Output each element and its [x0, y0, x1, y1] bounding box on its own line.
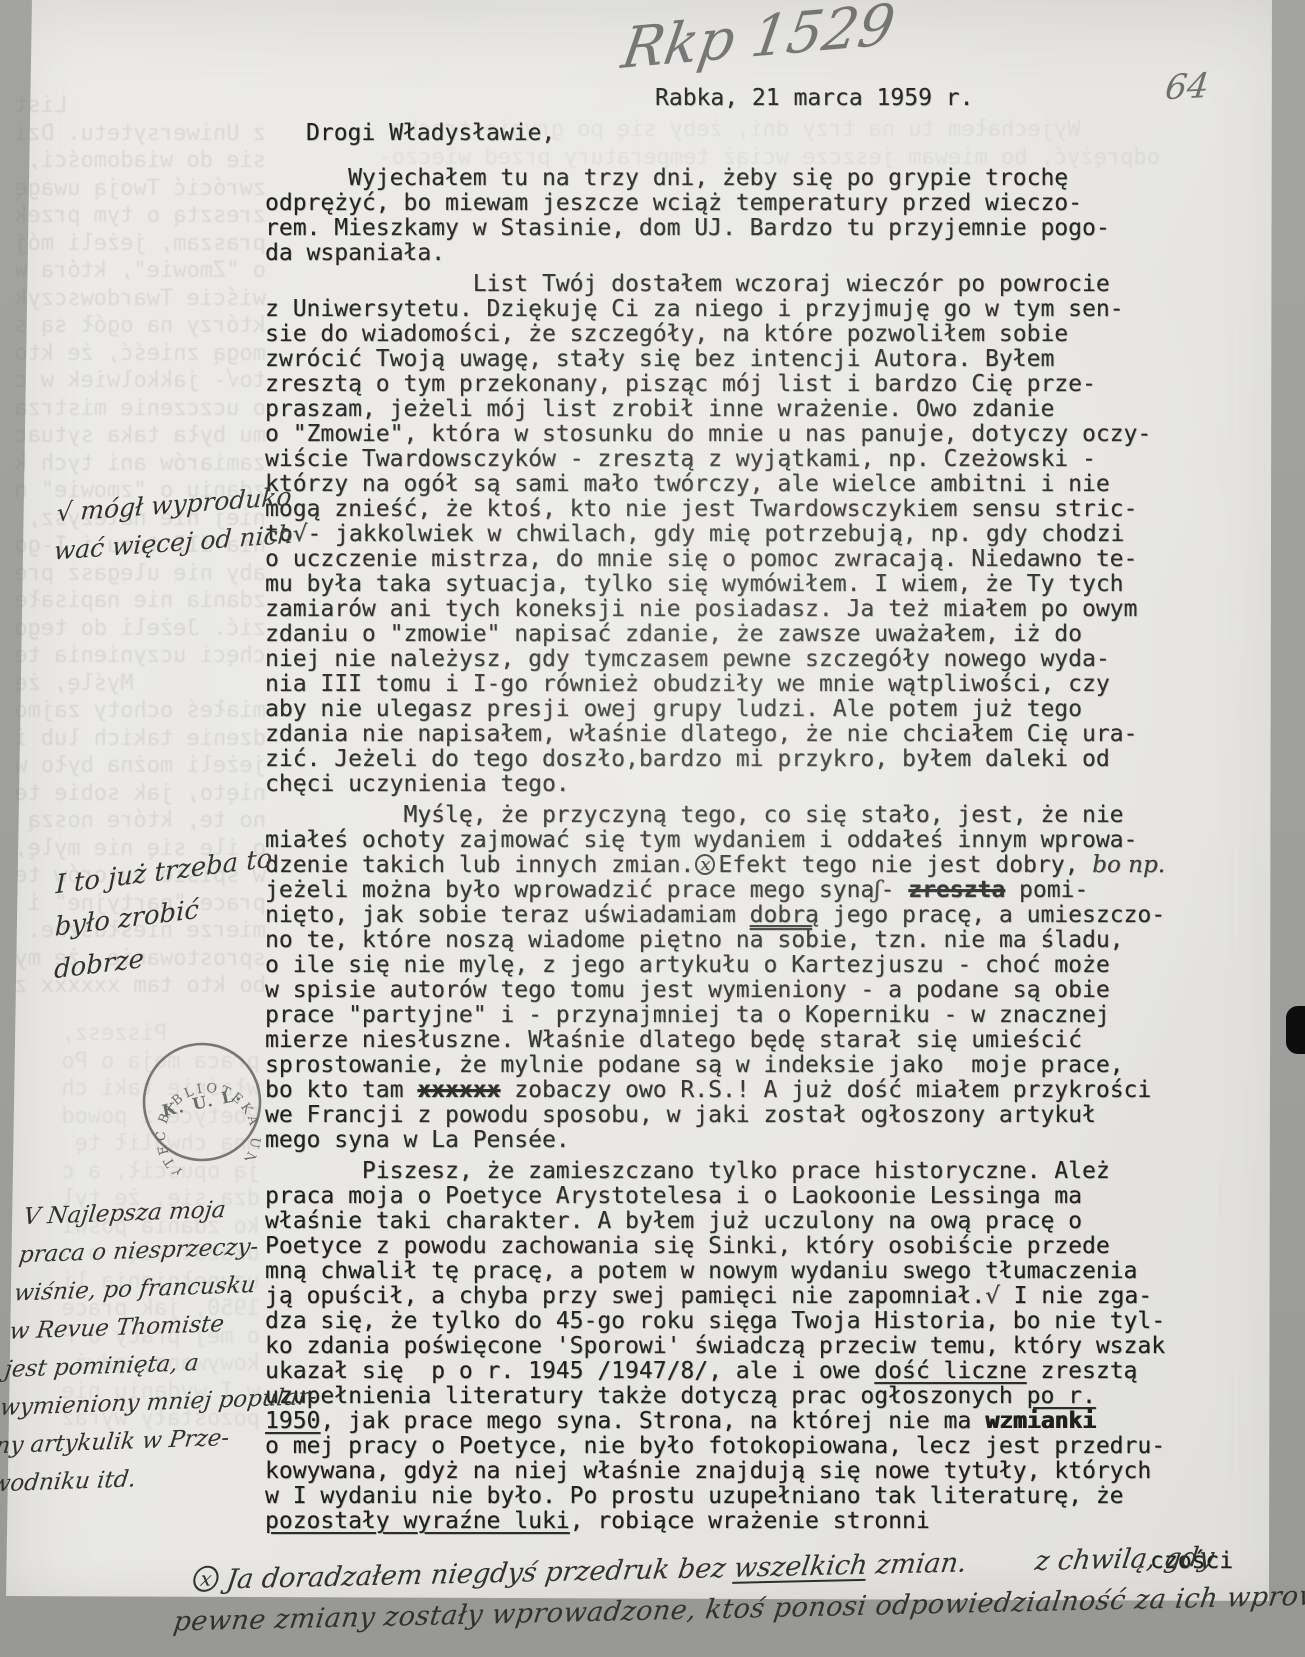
typed-line: mną chwalił tę pracę, a potem w nowym wy… [265, 1259, 1195, 1284]
typed-text: aby nie ulegasz presji owej grupy ludzi.… [265, 696, 1082, 722]
typed-line: Poetyce z powodu zachowania się Sinki, k… [265, 1234, 1195, 1259]
typed-line: zresztą o tym przekonany, pisząc mój lis… [265, 372, 1195, 397]
typed-text: niej nie należysz, gdy tymczasem pewne s… [265, 646, 1110, 672]
typed-text: zamiarów ani tych koneksji nie posiadasz… [265, 596, 1137, 622]
salutation: Drogi Władysławie, [306, 121, 555, 146]
typed-line: mogą znieść, że ktoś, kto nie jest Tward… [265, 497, 1195, 522]
typed-text: zreszta [908, 877, 1005, 903]
typed-line: kowywana, gdyż na niej właśnie znajdują … [265, 1459, 1195, 1484]
typed-line: rem. Mieszkamy w Stasinie, dom UJ. Bardz… [265, 216, 1195, 241]
typed-text: ją opuścił, a chyba przy swej pamięci ni… [265, 1283, 985, 1309]
typed-line: wiście Twardowsczyków - zresztą z wyjątk… [265, 447, 1195, 472]
typed-line: zamiarów ani tych koneksji nie posiadasz… [265, 597, 1195, 622]
footnote-marker: x [192, 1565, 221, 1592]
typed-text: zmian. z chwilą, gdy [865, 1542, 1216, 1581]
typed-line: jeżeli można było wprowadzić prace mego … [265, 878, 1195, 903]
typed-text: zresztą [1027, 1358, 1138, 1384]
typed-text: jego pracę, a umieszczo- [819, 902, 1165, 928]
typed-line: mierze niesłuszne. Właśnie dlatego będę … [265, 1028, 1195, 1053]
typed-text: sie do wiadomości, że szczegóły, na któr… [265, 321, 1068, 347]
typed-line: sprostowanie, że mylnie podane są w inde… [265, 1053, 1195, 1078]
typed-line: ko zdania poświęcone 'Sporowi' świadczą … [265, 1334, 1195, 1359]
typed-text: bo kto tam [265, 1077, 417, 1103]
typed-text: pozostały wyraźne luki [265, 1508, 570, 1534]
typed-text: o "Zmowie", która w stosunku do mnie u n… [265, 421, 1151, 447]
typed-line: aby nie ulegasz presji owej grupy ludzi.… [265, 697, 1195, 722]
typed-line: uzupełnienia literatury także dotyczą pr… [265, 1384, 1195, 1409]
typed-line: da wspaniała. [265, 241, 1195, 266]
typed-text: da wspaniała. [265, 240, 445, 266]
typed-text: ko zdania poświęcone 'Sporowi' świadczą … [265, 1333, 1165, 1359]
typed-line: właśnie taki charakter. A byłem już uczu… [265, 1209, 1195, 1234]
typed-text: zresztą o tym przekonany, pisząc mój lis… [265, 371, 1096, 397]
typed-line: o mej pracy o Poetyce, nie było fotokopi… [265, 1434, 1195, 1459]
typed-text: dobrą [750, 902, 819, 928]
typed-line: w spisie autorów tego tomu jest wymienio… [265, 978, 1195, 1003]
typed-text: o ile się nie mylę, z jego artykułu o Ka… [265, 952, 1110, 978]
typed-text: o uczczenie mistrza, do mnie się o pomoc… [265, 546, 1137, 572]
typed-line: chęci uczynienia tego. [265, 772, 1195, 797]
typed-line: o "Zmowie", która w stosunku do mnie u n… [265, 422, 1195, 447]
typed-text: wiście Twardowsczyków - zresztą z wyjątk… [265, 446, 1096, 472]
paragraph: Piszesz, że zamieszczano tylko prace his… [265, 1159, 1195, 1534]
margin-note-3: V Najlepsza mojapraca o niesprzeczy-wiśn… [0, 1187, 342, 1504]
typed-line: w I wydaniu nie było. Po prostu uzupełni… [265, 1484, 1195, 1509]
typed-text: mną chwalił tę pracę, a potem w nowym wy… [265, 1258, 1137, 1284]
typed-text: pomi- [1005, 877, 1088, 903]
typed-line: dza się, że tylko do 45-go roku sięga Tw… [265, 1309, 1195, 1334]
typed-text: o mej pracy o Poetyce, nie było fotokopi… [265, 1433, 1165, 1459]
typed-text: po r. [1027, 1383, 1096, 1409]
library-stamp-icon: BIBLIOTEKA UNIWERSYTECKA • K. U. L. [124, 1024, 281, 1181]
dateline: Rabka, 21 marca 1959 r. [655, 86, 974, 111]
typed-text: odprężyć, bo miewam jeszcze wciąż temper… [265, 190, 1082, 216]
typed-line: niej nie należysz, gdy tymczasem pewne s… [265, 647, 1195, 672]
typed-line: we Francji z powodu sposobu, w jaki zost… [265, 1103, 1195, 1128]
typed-line: bo kto tam xxxxxx zobaczy owo R.S.! A ju… [265, 1078, 1195, 1103]
typed-line: no te, które noszą wiadome piętno na sob… [265, 928, 1195, 953]
typed-text: ukazał się p o r. 1945 /1947/8/, ale i o… [265, 1358, 874, 1384]
typed-line: praca moja o Poetyce Arystotelesa i o La… [265, 1184, 1195, 1209]
typed-text: zdania nie napisałem, właśnie dlatego, ż… [265, 721, 1137, 747]
margin-note-2: I to już trzeba tobyło zrobićdobrze [54, 837, 273, 991]
typed-text: uzupełnienia literatury także dotyczą pr… [265, 1383, 1027, 1409]
typed-text: nia III tomu i I-go również obudziły we … [265, 671, 1110, 697]
letter-body: Wyjechałem tu na trzy dni, żeby się po g… [265, 166, 1195, 1534]
typed-line: prace "partyjne" i - przynajmniej ta o K… [265, 1003, 1195, 1028]
typed-line: Myślę, że przyczyną tego, co się stało, … [265, 803, 1195, 828]
typed-text: jeżeli można było wprowadzić prace mego … [265, 877, 874, 903]
handwritten-mark: √ [293, 521, 308, 547]
typed-line: zwrócić Twoją uwagę, stały się bez inten… [265, 347, 1195, 372]
typed-text: Ja doradzałem niegdyś przedruk bez [224, 1553, 736, 1596]
scanned-letter-page: { "annotations": { "archival_mark": "Rkp… [0, 0, 1305, 1657]
typed-text: właśnie taki charakter. A byłem już uczu… [265, 1208, 1082, 1234]
typed-text: I nie zga- [1000, 1283, 1152, 1309]
typed-text: , robiące wrażenie stronni [570, 1508, 930, 1534]
typed-text: x [695, 854, 715, 875]
scanner-artifact [1286, 1006, 1305, 1054]
typed-line: nia III tomu i I-go również obudziły we … [265, 672, 1195, 697]
typed-text: z Uniwersytetu. Dziękuję Ci za niego i p… [265, 296, 1124, 322]
typed-text: wszelkich [732, 1550, 869, 1584]
typed-text: we Francji z powodu sposobu, w jaki zost… [265, 1102, 1096, 1128]
typed-text: zwrócić Twoją uwagę, stały się bez inten… [265, 346, 1054, 372]
typed-text: , jak prace mego syna. Strona, na której… [320, 1408, 985, 1434]
typed-text: którzy na ogół są sami mało twórczy, ale… [265, 471, 1110, 497]
typed-line: 1950, jak prace mego syna. Strona, na kt… [265, 1409, 1195, 1434]
typed-line: praszam, jeżeli mój list zrobił inne wra… [265, 397, 1195, 422]
typed-line: pozostały wyraźne luki, robiące wrażenie… [265, 1509, 1195, 1534]
typed-line: ją opuścił, a chyba przy swej pamięci ni… [265, 1284, 1195, 1309]
typed-text: kowywana, gdyż na niej właśnie znajdują … [265, 1458, 1151, 1484]
typed-text: nięto, jak sobie teraz uświadamiam [265, 902, 750, 928]
typed-text: xxxxxx [417, 1077, 500, 1103]
paragraph: List Twój dostałem wczoraj wieczór po po… [265, 272, 1195, 797]
typed-text: rem. Mieszkamy w Stasinie, dom UJ. Bardz… [265, 215, 1110, 241]
typed-text: Efekt tego nie jest dobry, [718, 852, 1092, 878]
typed-line: Wyjechałem tu na trzy dni, żeby się po g… [265, 166, 1195, 191]
typed-line: nięto, jak sobie teraz uświadamiam dobrą… [265, 903, 1195, 928]
typed-line: z Uniwersytetu. Dziękuję Ci za niego i p… [265, 297, 1195, 322]
typed-text: Piszesz, że zamieszczano tylko prace his… [265, 1158, 1110, 1184]
typed-text: praszam, jeżeli mój list zrobił inne wra… [265, 396, 1054, 422]
typed-text: chęci uczynienia tego. [265, 771, 570, 797]
typed-line: ukazał się p o r. 1945 /1947/8/, ale i o… [265, 1359, 1195, 1384]
typed-text: w spisie autorów tego tomu jest wymienio… [265, 977, 1110, 1003]
typed-text: dość liczne [874, 1358, 1026, 1384]
typed-line: zdania nie napisałem, właśnie dlatego, ż… [265, 722, 1195, 747]
typed-line: mu była taka sytuacja, tylko się wymówił… [265, 572, 1195, 597]
typed-text: Myślę, że przyczyną tego, co się stało, … [265, 802, 1124, 828]
typed-line: miałeś ochoty zajmować się tym wydaniem … [265, 828, 1195, 853]
typed-text: mego syna w La Pensée. [265, 1127, 570, 1153]
typed-text: dza się, że tylko do 45-go roku sięga Tw… [265, 1308, 1165, 1334]
typed-line: mego syna w La Pensée. [265, 1128, 1195, 1153]
typed-text: w I wydaniu nie było. Po prostu uzupełni… [265, 1483, 1124, 1509]
typed-text: mu była taka sytuacja, tylko się wymówił… [265, 571, 1124, 597]
typed-line: to√- jakkolwiek w chwilach, gdy mię potr… [265, 522, 1195, 547]
typed-text: prace "partyjne" i - przynajmniej ta o K… [265, 1002, 1110, 1028]
paragraph: Wyjechałem tu na trzy dni, żeby się po g… [265, 166, 1195, 266]
typed-line: odprężyć, bo miewam jeszcze wciąż temper… [265, 191, 1195, 216]
typed-line: Piszesz, że zamieszczano tylko prace his… [265, 1159, 1195, 1184]
typed-text: mogą znieść, że ktoś, kto nie jest Tward… [265, 496, 1137, 522]
typed-text: miałeś ochoty zajmować się tym wydaniem … [265, 827, 1137, 853]
typed-text: Wyjechałem tu na trzy dni, żeby się po g… [265, 165, 1068, 191]
handwritten-mark: bo np. [1092, 852, 1165, 878]
typed-line: sie do wiadomości, że szczegóły, na któr… [265, 322, 1195, 347]
typed-line: zdaniu o "zmowie" napisać zdanie, że zaw… [265, 622, 1195, 647]
paragraph: Myślę, że przyczyną tego, co się stało, … [265, 803, 1195, 1153]
typed-line: dzenie takich lub innych zmian.xEfekt te… [265, 853, 1195, 878]
typed-text: zobaczy owo R.S.! A już dość miałem przy… [500, 1077, 1151, 1103]
typed-text: zić. Jeżeli do tego doszło,bardzo mi prz… [265, 746, 1110, 772]
typed-line: List Twój dostałem wczoraj wieczór po po… [265, 272, 1195, 297]
typed-line: którzy na ogół są sami mało twórczy, ale… [265, 472, 1195, 497]
typed-line: zić. Jeżeli do tego doszło,bardzo mi prz… [265, 747, 1195, 772]
typed-text: dzenie takich lub innych zmian. [265, 852, 694, 878]
typed-text: praca moja o Poetyce Arystotelesa i o La… [265, 1183, 1082, 1209]
typed-text: mierze niesłuszne. Właśnie dlatego będę … [265, 1027, 1082, 1053]
typed-text: sprostowanie, że mylnie podane są w inde… [265, 1052, 1124, 1078]
typed-line: o uczczenie mistrza, do mnie się o pomoc… [265, 547, 1195, 572]
typed-line: o ile się nie mylę, z jego artykułu o Ka… [265, 953, 1195, 978]
typed-text: - jakkolwiek w chwilach, gdy mię potrzeb… [307, 521, 1124, 547]
handwritten-mark: √ [985, 1283, 1000, 1309]
typed-text: - [881, 877, 909, 903]
typed-text: List Twój dostałem wczoraj wieczór po po… [265, 271, 1110, 297]
page-number: 64 [1163, 66, 1211, 109]
typed-text: wzmianki [985, 1408, 1096, 1434]
typed-text: no te, które noszą wiadome piętno na sob… [265, 927, 1124, 953]
typed-text: Poetyce z powodu zachowania się Sinki, k… [265, 1233, 1110, 1259]
typed-text: zdaniu o "zmowie" napisać zdanie, że zaw… [265, 621, 1082, 647]
